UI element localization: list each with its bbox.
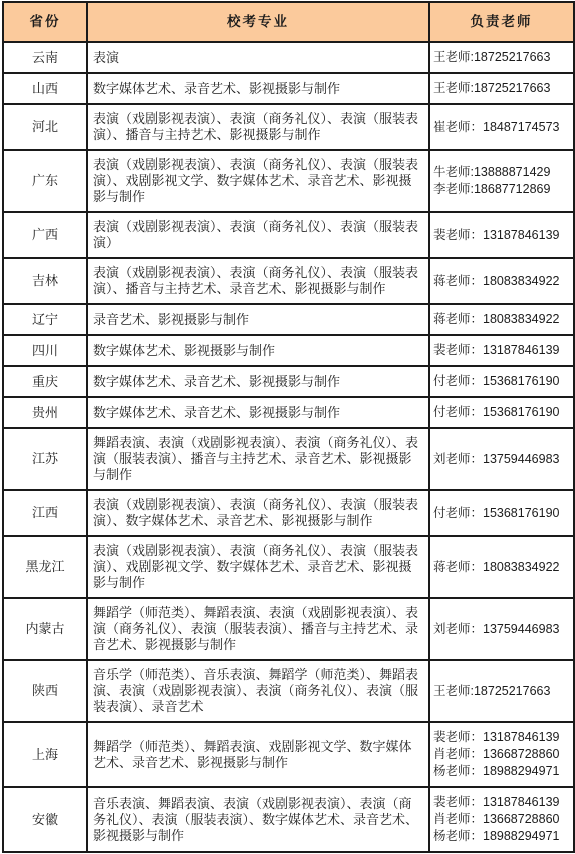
school-exam-table: 省份 校考专业 负责老师 云南表演王老师:18725217663山西数字媒体艺术… [2,1,575,853]
teacher-contact: 付老师：15368176190 [433,505,570,522]
table-row: 江苏舞蹈表演、表演（戏剧影视表演）、表演（商务礼仪）、表演（服装表演）、播音与主… [3,428,574,490]
majors-cell: 舞蹈表演、表演（戏剧影视表演）、表演（商务礼仪）、表演（服装表演）、播音与主持艺… [87,428,429,490]
majors-cell: 表演（戏剧影视表演）、表演（商务礼仪）、表演（服装表演） [87,212,429,258]
teacher-contact: 裴老师：13187846139 [433,794,570,811]
table-row: 贵州数字媒体艺术、录音艺术、影视摄影与制作付老师：15368176190 [3,397,574,428]
province-cell: 广西 [3,212,87,258]
header-row: 省份 校考专业 负责老师 [3,2,574,42]
table-row: 广西表演（戏剧影视表演）、表演（商务礼仪）、表演（服装表演）裴老师：131878… [3,212,574,258]
table-header: 省份 校考专业 负责老师 [3,2,574,42]
teachers-cell: 王老师:18725217663 [429,42,574,73]
majors-cell: 表演（戏剧影视表演）、表演（商务礼仪）、表演（服装表演）、播音与主持艺术、录音艺… [87,258,429,304]
majors-cell: 数字媒体艺术、录音艺术、影视摄影与制作 [87,73,429,104]
province-cell: 四川 [3,335,87,366]
table-row: 河北表演（戏剧影视表演）、表演（商务礼仪）、表演（服装表演）、播音与主持艺术、影… [3,104,574,150]
table-row: 安徽音乐表演、舞蹈表演、表演（戏剧影视表演）、表演（商务礼仪）、表演（服装表演）… [3,787,574,852]
province-cell: 江西 [3,490,87,536]
teacher-contact: 崔老师：18487174573 [433,119,570,136]
teacher-contact: 付老师：15368176190 [433,373,570,390]
teachers-cell: 付老师：15368176190 [429,490,574,536]
teacher-contact: 肖老师：13668728860 [433,811,570,828]
majors-cell: 音乐表演、舞蹈表演、表演（戏剧影视表演）、表演（商务礼仪）、表演（服装表演）、数… [87,787,429,852]
province-cell: 安徽 [3,787,87,852]
majors-cell: 数字媒体艺术、录音艺术、影视摄影与制作 [87,366,429,397]
teacher-contact: 刘老师：13759446983 [433,621,570,638]
teachers-cell: 蒋老师：18083834922 [429,536,574,598]
exam-majors-table-page: 省份 校考专业 负责老师 云南表演王老师:18725217663山西数字媒体艺术… [0,0,575,854]
province-cell: 黑龙江 [3,536,87,598]
teacher-contact: 蒋老师：18083834922 [433,311,570,328]
teachers-cell: 蒋老师：18083834922 [429,258,574,304]
teachers-cell: 刘老师：13759446983 [429,428,574,490]
majors-cell: 音乐学（师范类）、音乐表演、舞蹈学（师范类）、舞蹈表演、表演（戏剧影视表演）、表… [87,660,429,722]
majors-cell: 表演（戏剧影视表演）、表演（商务礼仪）、表演（服装表演）、戏剧影视文学、数字媒体… [87,150,429,212]
table-row: 上海舞蹈学（师范类）、舞蹈表演、戏剧影视文学、数字媒体艺术、录音艺术、影视摄影与… [3,722,574,787]
table-row: 黑龙江表演（戏剧影视表演）、表演（商务礼仪）、表演（服装表演）、戏剧影视文学、数… [3,536,574,598]
teachers-cell: 裴老师：13187846139 [429,212,574,258]
teachers-cell: 付老师：15368176190 [429,397,574,428]
province-cell: 广东 [3,150,87,212]
teacher-contact: 王老师:18725217663 [433,49,570,66]
province-cell: 云南 [3,42,87,73]
header-teachers: 负责老师 [429,2,574,42]
teacher-contact: 杨老师：18988294971 [433,828,570,845]
teacher-contact: 刘老师：13759446983 [433,451,570,468]
province-cell: 吉林 [3,258,87,304]
majors-cell: 表演（戏剧影视表演）、表演（商务礼仪）、表演（服装表演）、播音与主持艺术、影视摄… [87,104,429,150]
teachers-cell: 裴老师：13187846139 [429,335,574,366]
majors-cell: 舞蹈学（师范类）、舞蹈表演、戏剧影视文学、数字媒体艺术、录音艺术、影视摄影与制作 [87,722,429,787]
province-cell: 贵州 [3,397,87,428]
teacher-contact: 肖老师：13668728860 [433,746,570,763]
majors-cell: 数字媒体艺术、影视摄影与制作 [87,335,429,366]
table-body: 云南表演王老师:18725217663山西数字媒体艺术、录音艺术、影视摄影与制作… [3,42,574,852]
teacher-contact: 王老师:18725217663 [433,80,570,97]
teachers-cell: 崔老师：18487174573 [429,104,574,150]
teacher-contact: 裴老师：13187846139 [433,342,570,359]
table-row: 吉林表演（戏剧影视表演）、表演（商务礼仪）、表演（服装表演）、播音与主持艺术、录… [3,258,574,304]
teachers-cell: 刘老师：13759446983 [429,598,574,660]
province-cell: 辽宁 [3,304,87,335]
teacher-contact: 李老师:18687712869 [433,181,570,198]
table-row: 陕西音乐学（师范类）、音乐表演、舞蹈学（师范类）、舞蹈表演、表演（戏剧影视表演）… [3,660,574,722]
teachers-cell: 王老师:18725217663 [429,660,574,722]
teachers-cell: 蒋老师：18083834922 [429,304,574,335]
majors-cell: 录音艺术、影视摄影与制作 [87,304,429,335]
majors-cell: 表演（戏剧影视表演）、表演（商务礼仪）、表演（服装表演）、戏剧影视文学、数字媒体… [87,536,429,598]
province-cell: 上海 [3,722,87,787]
teacher-contact: 杨老师：18988294971 [433,763,570,780]
province-cell: 内蒙古 [3,598,87,660]
table-row: 广东表演（戏剧影视表演）、表演（商务礼仪）、表演（服装表演）、戏剧影视文学、数字… [3,150,574,212]
header-province: 省份 [3,2,87,42]
table-row: 重庆数字媒体艺术、录音艺术、影视摄影与制作付老师：15368176190 [3,366,574,397]
province-cell: 江苏 [3,428,87,490]
province-cell: 陕西 [3,660,87,722]
table-row: 山西数字媒体艺术、录音艺术、影视摄影与制作王老师:18725217663 [3,73,574,104]
teacher-contact: 牛老师:13888871429 [433,164,570,181]
teachers-cell: 付老师：15368176190 [429,366,574,397]
teachers-cell: 牛老师:13888871429李老师:18687712869 [429,150,574,212]
teachers-cell: 裴老师：13187846139肖老师：13668728860杨老师：189882… [429,722,574,787]
teacher-contact: 裴老师：13187846139 [433,729,570,746]
table-row: 内蒙古舞蹈学（师范类）、舞蹈表演、表演（戏剧影视表演）、表演（商务礼仪）、表演（… [3,598,574,660]
header-majors: 校考专业 [87,2,429,42]
province-cell: 河北 [3,104,87,150]
teacher-contact: 蒋老师：18083834922 [433,273,570,290]
province-cell: 重庆 [3,366,87,397]
teachers-cell: 王老师:18725217663 [429,73,574,104]
table-row: 四川数字媒体艺术、影视摄影与制作裴老师：13187846139 [3,335,574,366]
table-row: 云南表演王老师:18725217663 [3,42,574,73]
majors-cell: 舞蹈学（师范类）、舞蹈表演、表演（戏剧影视表演）、表演（商务礼仪）、表演（服装表… [87,598,429,660]
province-cell: 山西 [3,73,87,104]
majors-cell: 表演（戏剧影视表演）、表演（商务礼仪）、表演（服装表演）、数字媒体艺术、录音艺术… [87,490,429,536]
teacher-contact: 裴老师：13187846139 [433,227,570,244]
teachers-cell: 裴老师：13187846139肖老师：13668728860杨老师：189882… [429,787,574,852]
table-row: 辽宁录音艺术、影视摄影与制作蒋老师：18083834922 [3,304,574,335]
teacher-contact: 付老师：15368176190 [433,404,570,421]
majors-cell: 表演 [87,42,429,73]
teacher-contact: 蒋老师：18083834922 [433,559,570,576]
table-row: 江西表演（戏剧影视表演）、表演（商务礼仪）、表演（服装表演）、数字媒体艺术、录音… [3,490,574,536]
majors-cell: 数字媒体艺术、录音艺术、影视摄影与制作 [87,397,429,428]
teacher-contact: 王老师:18725217663 [433,683,570,700]
